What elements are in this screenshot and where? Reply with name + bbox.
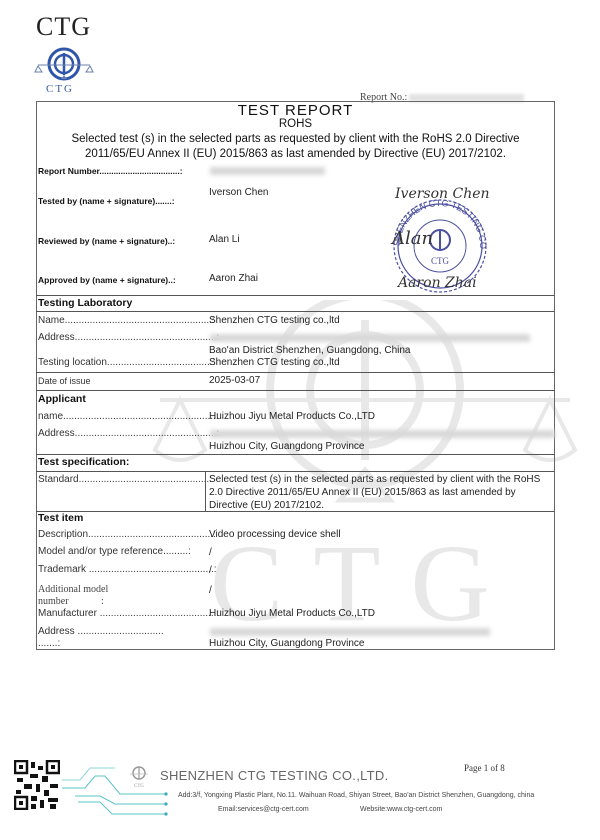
manufacturer-address-label-1: Address ............................... — [38, 626, 164, 637]
report-scope: Selected test (s) in the selected parts … — [36, 132, 555, 162]
footer-logo-caption: CTG — [134, 784, 144, 788]
signature-reviewed: Alan — [392, 228, 433, 249]
date-of-issue-label: Date of issue — [38, 376, 91, 386]
divider — [36, 454, 555, 455]
decorative-lines-icon — [60, 760, 170, 820]
standard-label: Standard................................… — [38, 474, 212, 485]
trademark-value: / — [209, 565, 212, 576]
signature-approved: Aaron Zhai — [398, 275, 477, 291]
tested-by-value: Iverson Chen — [209, 187, 268, 198]
lab-name-label: Name....................................… — [38, 315, 215, 326]
manufacturer-address-line2: Huizhou City, Guangdong Province — [209, 638, 364, 649]
report-number-label: Report Number...........................… — [38, 166, 183, 176]
testing-location-value: Shenzhen CTG testing co.,ltd — [209, 357, 340, 368]
manufacturer-value: Huizhou Jiyu Metal Products Co.,LTD — [209, 608, 375, 619]
applicant-heading: Applicant — [38, 393, 86, 405]
divider — [36, 295, 555, 296]
report-scope-line1: Selected test (s) in the selected parts … — [36, 132, 555, 147]
lab-name-value: Shenzhen CTG testing co.,ltd — [209, 315, 340, 326]
lab-address-line2: Bao'an District Shenzhen, Guangdong, Chi… — [209, 345, 410, 356]
standard-value: Selected test (s) in the selected parts … — [209, 473, 547, 512]
approved-by-label: Approved by (name + signature)..: — [38, 275, 176, 285]
divider — [36, 311, 555, 312]
divider — [36, 372, 555, 373]
ctg-footer-logo-icon: CTG — [128, 764, 150, 788]
divider — [36, 471, 555, 472]
footer-company-name: SHENZHEN CTG TESTING CO.,LTD. — [160, 768, 389, 783]
logo-caption: CTG — [46, 83, 74, 95]
applicant-address-redacted — [210, 430, 555, 438]
reviewed-by-value: Alan Li — [209, 234, 240, 245]
applicant-address-line2: Huizhou City, Guangdong Province — [209, 441, 364, 452]
applicant-name-label: name....................................… — [38, 411, 219, 422]
report-title: TEST REPORT — [36, 102, 555, 119]
divider — [36, 511, 555, 512]
additional-model-value: / — [209, 585, 212, 596]
reviewed-by-label: Reviewed by (name + signature)..: — [38, 236, 175, 246]
description-value: Video processing device shell — [209, 529, 341, 540]
signature-tested: Iverson Chen — [395, 186, 490, 202]
footer-website[interactable]: Website:www.ctg-cert.com — [360, 806, 442, 813]
page-number: Page 1 of 8 — [464, 763, 505, 773]
footer-address: Add:3/f, Yongxing Plastic Plant, No.11. … — [178, 792, 534, 799]
approved-by-value: Aaron Zhai — [209, 273, 258, 284]
test-item-heading: Test item — [38, 512, 83, 524]
manufacturer-label: Manufacturer ...........................… — [38, 608, 219, 619]
divider — [36, 390, 555, 391]
report-scope-line2: 2011/65/EU Annex II (EU) 2015/863 as las… — [36, 147, 555, 162]
report-number-redacted — [210, 167, 325, 175]
manufacturer-address-redacted — [210, 628, 490, 636]
footer-email[interactable]: Email:services@ctg-cert.com — [218, 806, 309, 813]
report-subtitle: ROHS — [36, 118, 555, 130]
brand-name: CTG — [36, 12, 91, 42]
tested-by-label: Tested by (name + signature).......: — [38, 196, 175, 206]
additional-model-label: Additional model number : — [38, 584, 108, 608]
divider — [205, 471, 206, 511]
applicant-name-value: Huizhou Jiyu Metal Products Co.,LTD — [209, 411, 375, 422]
trademark-label: Trademark ..............................… — [38, 564, 217, 575]
lab-address-redacted — [210, 334, 530, 342]
stamp-caption: CTG — [431, 256, 450, 266]
test-specification-heading: Test specification: — [38, 456, 129, 468]
testing-location-label: Testing location........................… — [38, 357, 215, 368]
qr-code-icon[interactable] — [14, 760, 60, 810]
manufacturer-address-label-2: .......: — [38, 638, 60, 649]
testing-laboratory-heading: Testing Laboratory — [38, 297, 132, 309]
model-value: / — [209, 547, 212, 558]
model-label: Model and/or type reference.........: — [38, 546, 191, 557]
date-of-issue-value: 2025-03-07 — [209, 375, 260, 386]
lab-address-label: Address.................................… — [38, 332, 219, 343]
description-label: Description.............................… — [38, 529, 216, 540]
applicant-address-label: Address.................................… — [38, 428, 219, 439]
